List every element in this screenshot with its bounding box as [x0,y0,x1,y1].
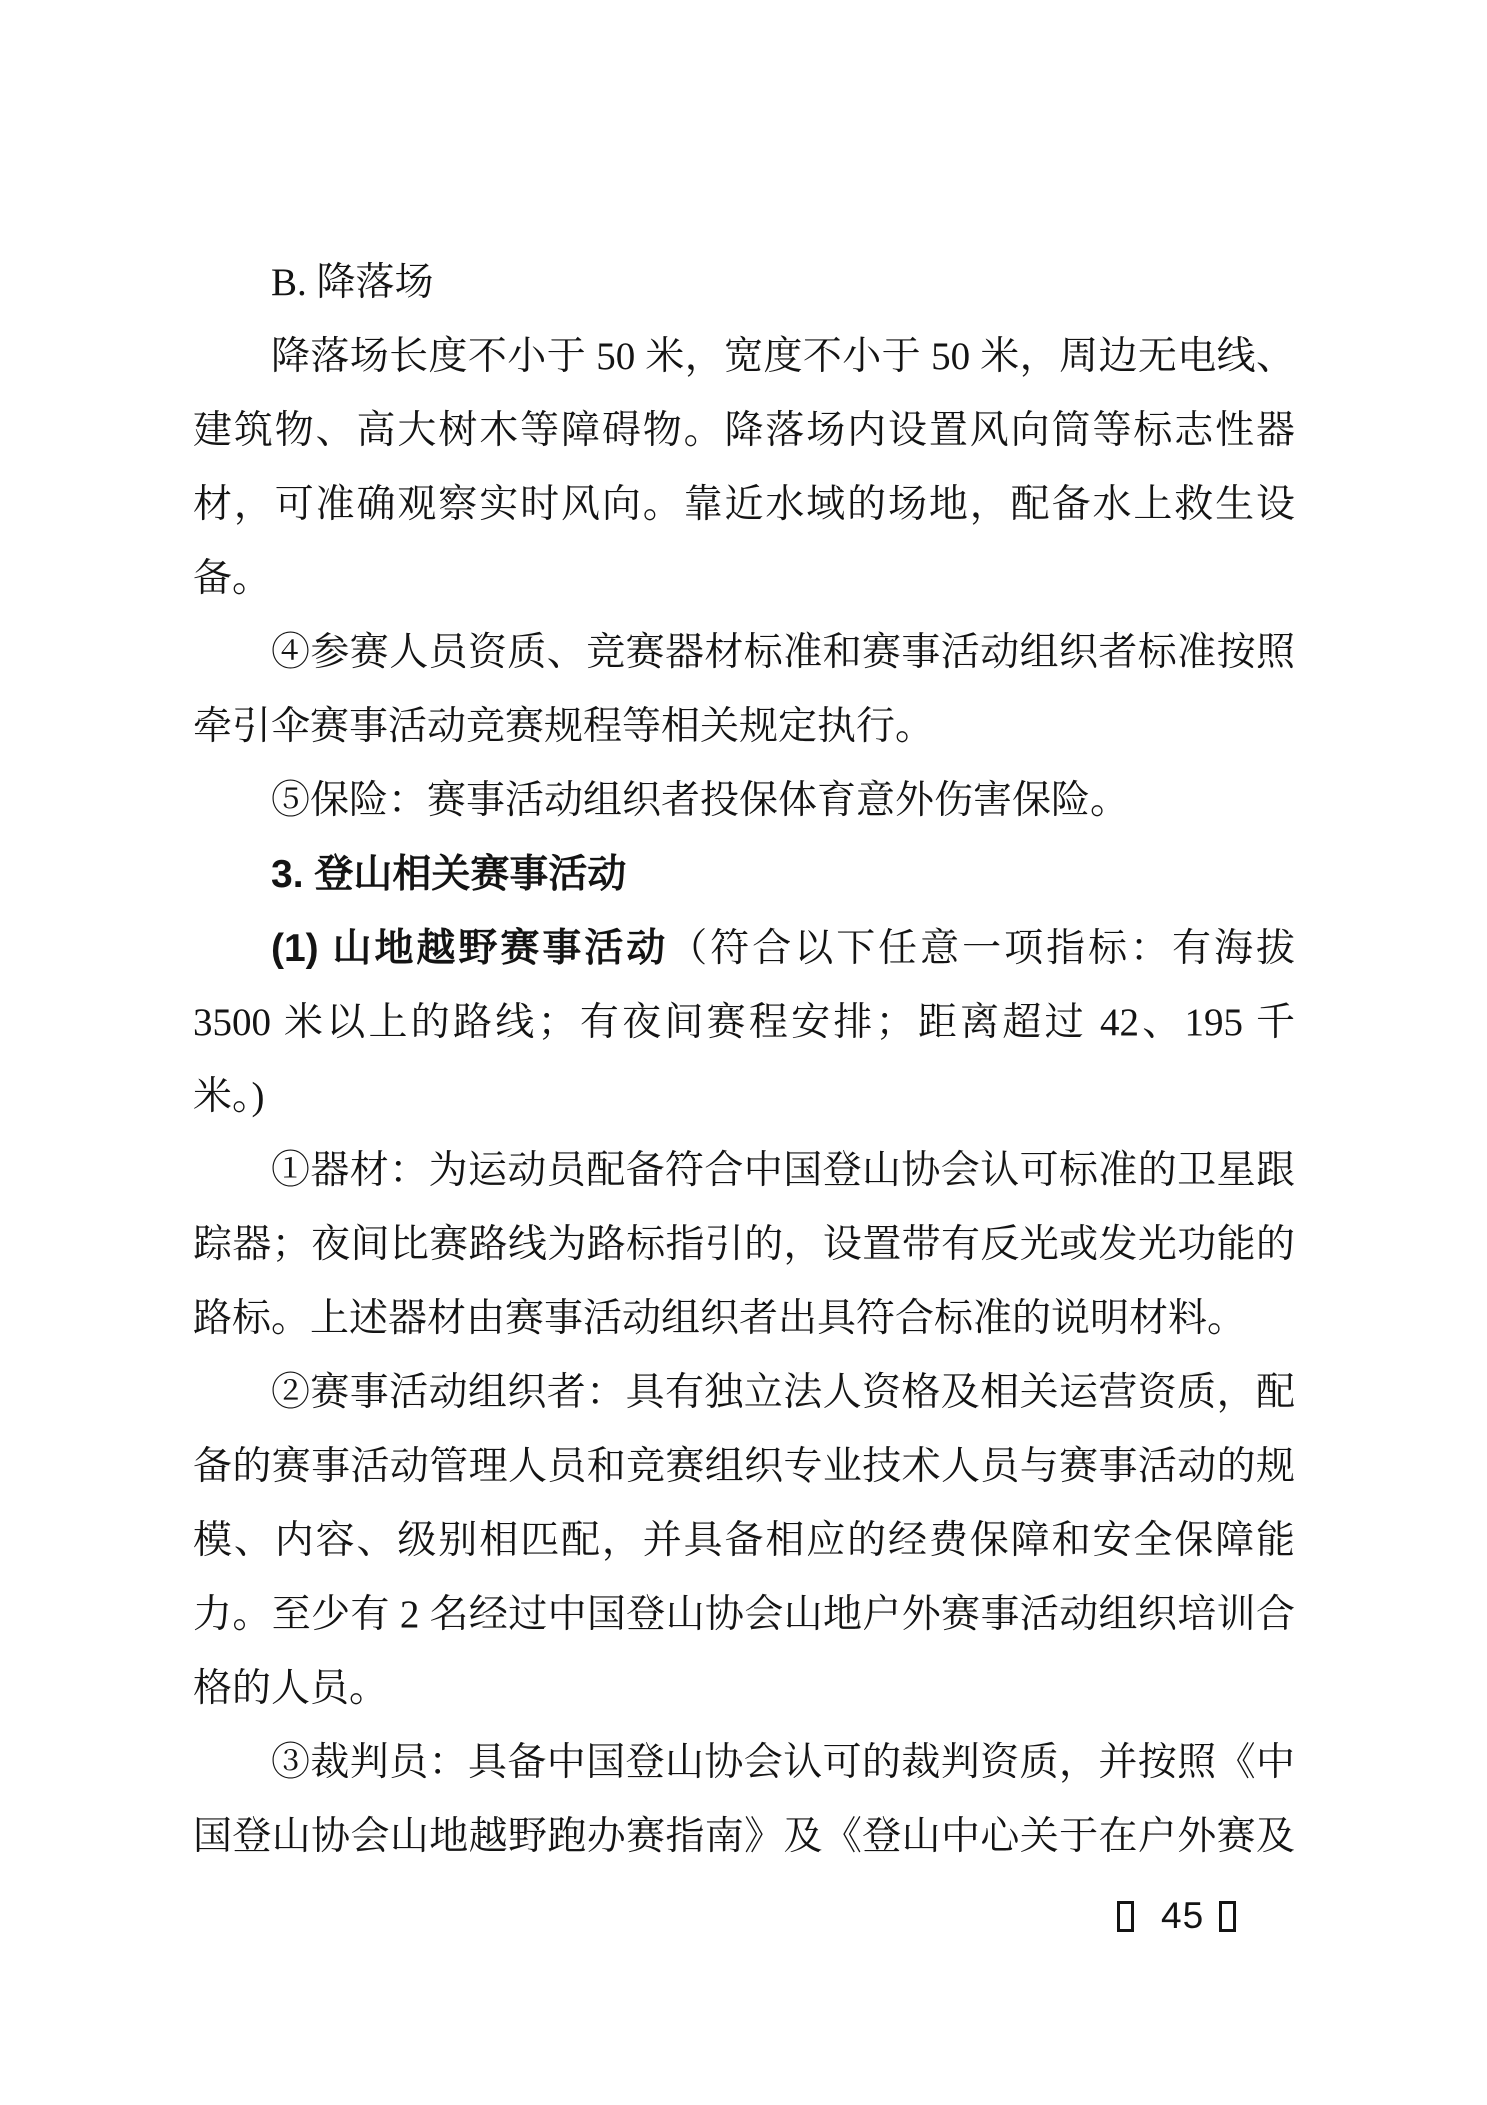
text-line: 国登山协会山地越野跑办赛指南》及《登山中心关于在户外赛及 [193,1800,1295,1874]
text-line: ①器材：为运动员配备符合中国登山协会认可标准的卫星跟 [193,1134,1295,1208]
document-text-block: B. 降落场 降落场长度不小于 50 米，宽度不小于 50 米，周边无电线、 建… [193,246,1295,1874]
page-number: 45 [1161,1895,1204,1937]
subheading-bold-run: (1) 山地越野赛事活动 [271,927,668,970]
text-line: 格的人员。 [193,1652,1295,1726]
text-run: （符合以下任意一项指标：有海拔 [668,927,1295,970]
text-line: 米。) [193,1060,1295,1134]
text-line: B. 降落场 [193,246,1295,320]
text-line: 力。至少有 2 名经过中国登山协会山地户外赛事活动组织培训合 [193,1578,1295,1652]
text-line: ④参赛人员资质、竞赛器材标准和赛事活动组织者标准按照 [193,616,1295,690]
text-line: 建筑物、高大树木等障碍物。降落场内设置风向筒等标志性器 [193,394,1295,468]
text-line: 降落场长度不小于 50 米，宽度不小于 50 米，周边无电线、 [193,320,1295,394]
text-line: ⑤保险：赛事活动组织者投保体育意外伤害保险。 [193,764,1295,838]
text-line: 备。 [193,542,1295,616]
text-line: 备的赛事活动管理人员和竞赛组织专业技术人员与赛事活动的规 [193,1430,1295,1504]
document-page: B. 降落场 降落场长度不小于 50 米，宽度不小于 50 米，周边无电线、 建… [0,0,1487,2105]
text-line: ②赛事活动组织者：具有独立法人资格及相关运营资质，配 [193,1356,1295,1430]
text-line: 模、内容、级别相匹配，并具备相应的经费保障和安全保障能 [193,1504,1295,1578]
text-line: 牵引伞赛事活动竞赛规程等相关规定执行。 [193,690,1295,764]
text-line: (1) 山地越野赛事活动（符合以下任意一项指标：有海拔 [193,912,1295,986]
missing-glyph-box-icon [1117,1901,1134,1932]
text-line: ③裁判员：具备中国登山协会认可的裁判资质，并按照《中 [193,1726,1295,1800]
text-line: 路标。上述器材由赛事活动组织者出具符合标准的说明材料。 [193,1282,1295,1356]
missing-glyph-box-icon [1219,1901,1236,1932]
section-heading-line: 3. 登山相关赛事活动 [193,838,1295,912]
text-line: 材，可准确观察实时风向。靠近水域的场地，配备水上救生设 [193,468,1295,542]
page-footer: 45 [1117,1896,1236,1936]
text-line: 踪器；夜间比赛路线为路标指引的，设置带有反光或发光功能的 [193,1208,1295,1282]
text-line: 3500 米以上的路线；有夜间赛程安排；距离超过 42、195 千 [193,986,1295,1060]
